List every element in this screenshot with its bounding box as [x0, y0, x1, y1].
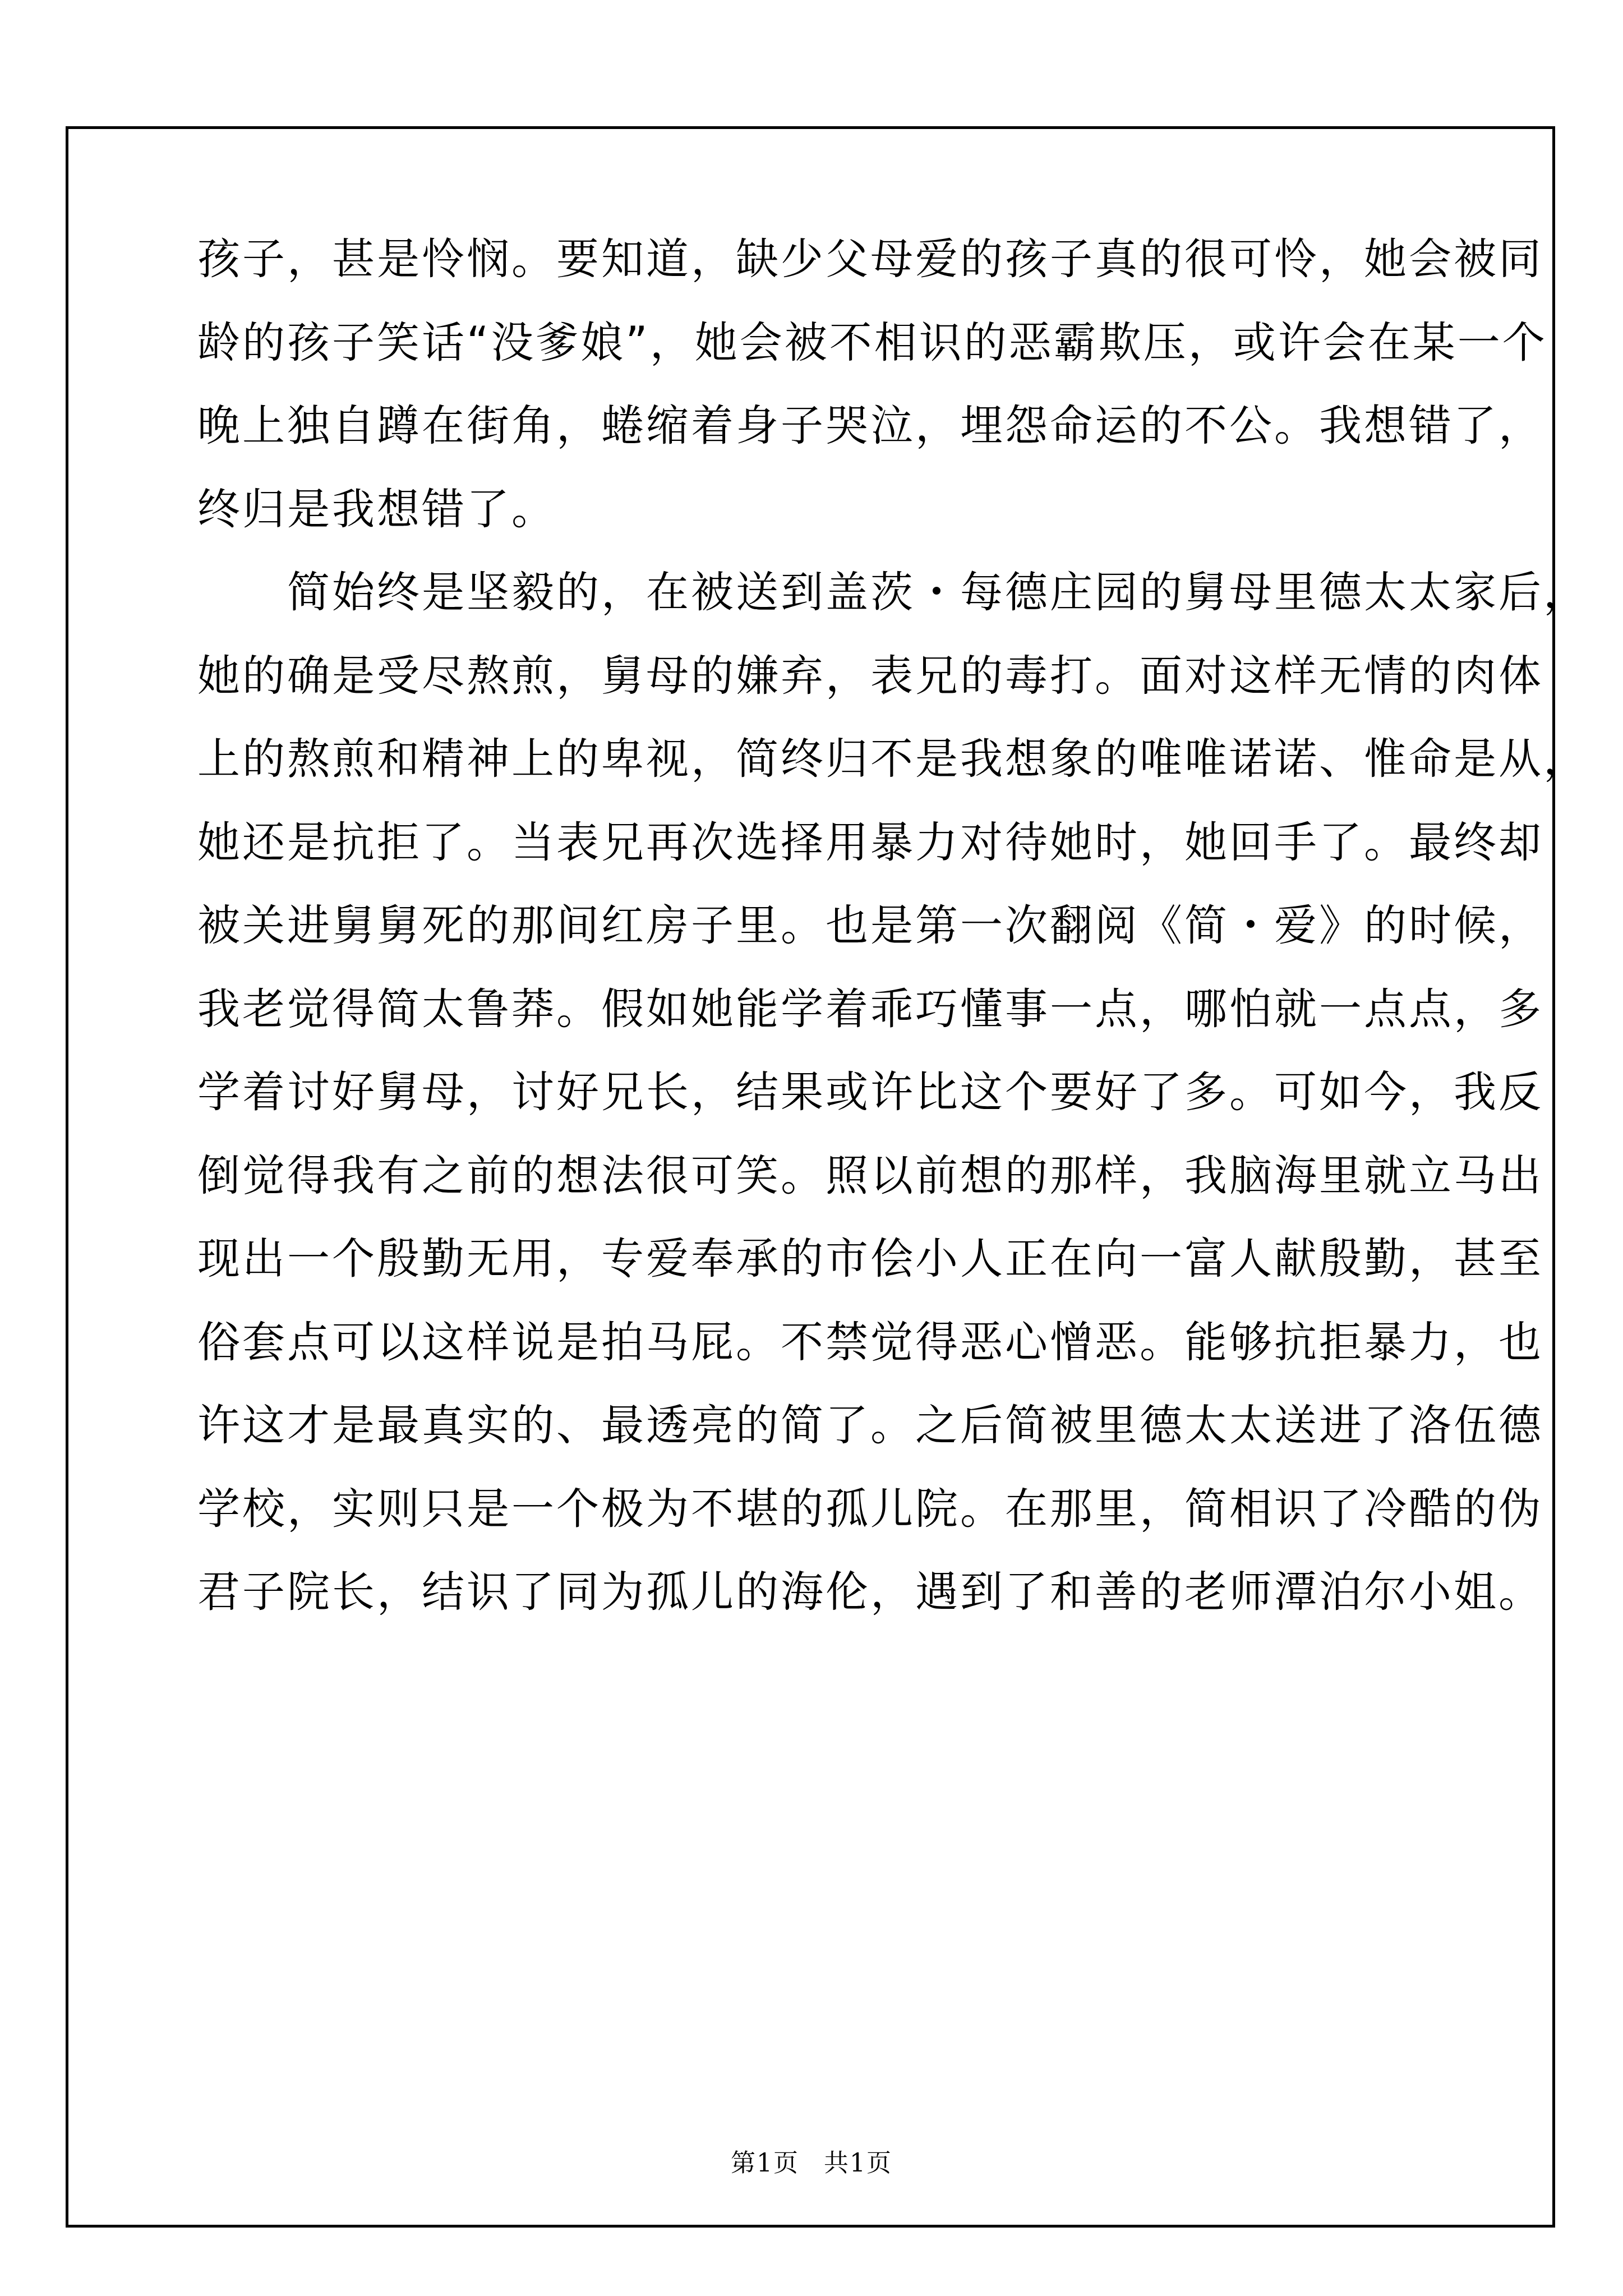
text-line: 孩子，甚是怜悯。要知道，缺少父母爱的孩子真的很可怜，她会被同 [197, 218, 1454, 301]
text-line: 简始终是坚毅的，在被送到盖茨・每德庄园的舅母里德太太家后， [197, 551, 1454, 634]
text-line: 我老觉得简太鲁莽。假如她能学着乖巧懂事一点，哪怕就一点点，多 [197, 968, 1454, 1051]
page-total: 共1页 [824, 2149, 892, 2178]
text-line: 龄的孩子笑话“没爹娘”，她会被不相识的恶霸欺压，或许会在某一个 [197, 301, 1454, 385]
text-line: 俗套点可以这样说是拍马屁。不禁觉得恶心憎恶。能够抗拒暴力，也 [197, 1301, 1454, 1384]
text-line: 倒觉得我有之前的想法很可笑。照以前想的那样，我脑海里就立马出 [197, 1134, 1454, 1218]
text-line: 许这才是最真实的、最透亮的简了。之后简被里德太太送进了洛伍德 [197, 1384, 1454, 1467]
text-line: 上的熬煎和精神上的卑视，简终归不是我想象的唯唯诺诺、惟命是从， [197, 717, 1454, 801]
page-footer: 第1页 共1页 [0, 2143, 1623, 2179]
text-line: 君子院长，结识了同为孤儿的海伦，遇到了和善的老师潭泊尔小姐。 [197, 1550, 1454, 1634]
text-line: 晚上独自蹲在街角，蜷缩着身子哭泣，埋怨命运的不公。我想错了， [197, 384, 1454, 468]
page-number: 第1页 [731, 2149, 799, 2178]
text-line: 她的确是受尽熬煎，舅母的嫌弃，表兄的毒打。面对这样无情的肉体 [197, 634, 1454, 718]
text-line: 学着讨好舅母，讨好兄长，结果或许比这个要好了多。可如今，我反 [197, 1051, 1454, 1134]
text-line: 她还是抗拒了。当表兄再次选择用暴力对待她时，她回手了。最终却 [197, 801, 1454, 885]
document-body: 孩子，甚是怜悯。要知道，缺少父母爱的孩子真的很可怜，她会被同龄的孩子笑话“没爹娘… [197, 218, 1454, 1634]
text-line: 学校，实则只是一个极为不堪的孤儿院。在那里，简相识了冷酷的伪 [197, 1467, 1454, 1551]
text-line: 终归是我想错了。 [197, 468, 1454, 551]
text-line: 现出一个殷勤无用，专爱奉承的市侩小人正在向一富人献殷勤，甚至 [197, 1217, 1454, 1301]
text-line: 被关进舅舅死的那间红房子里。也是第一次翻阅《简・爱》的时候， [197, 884, 1454, 968]
